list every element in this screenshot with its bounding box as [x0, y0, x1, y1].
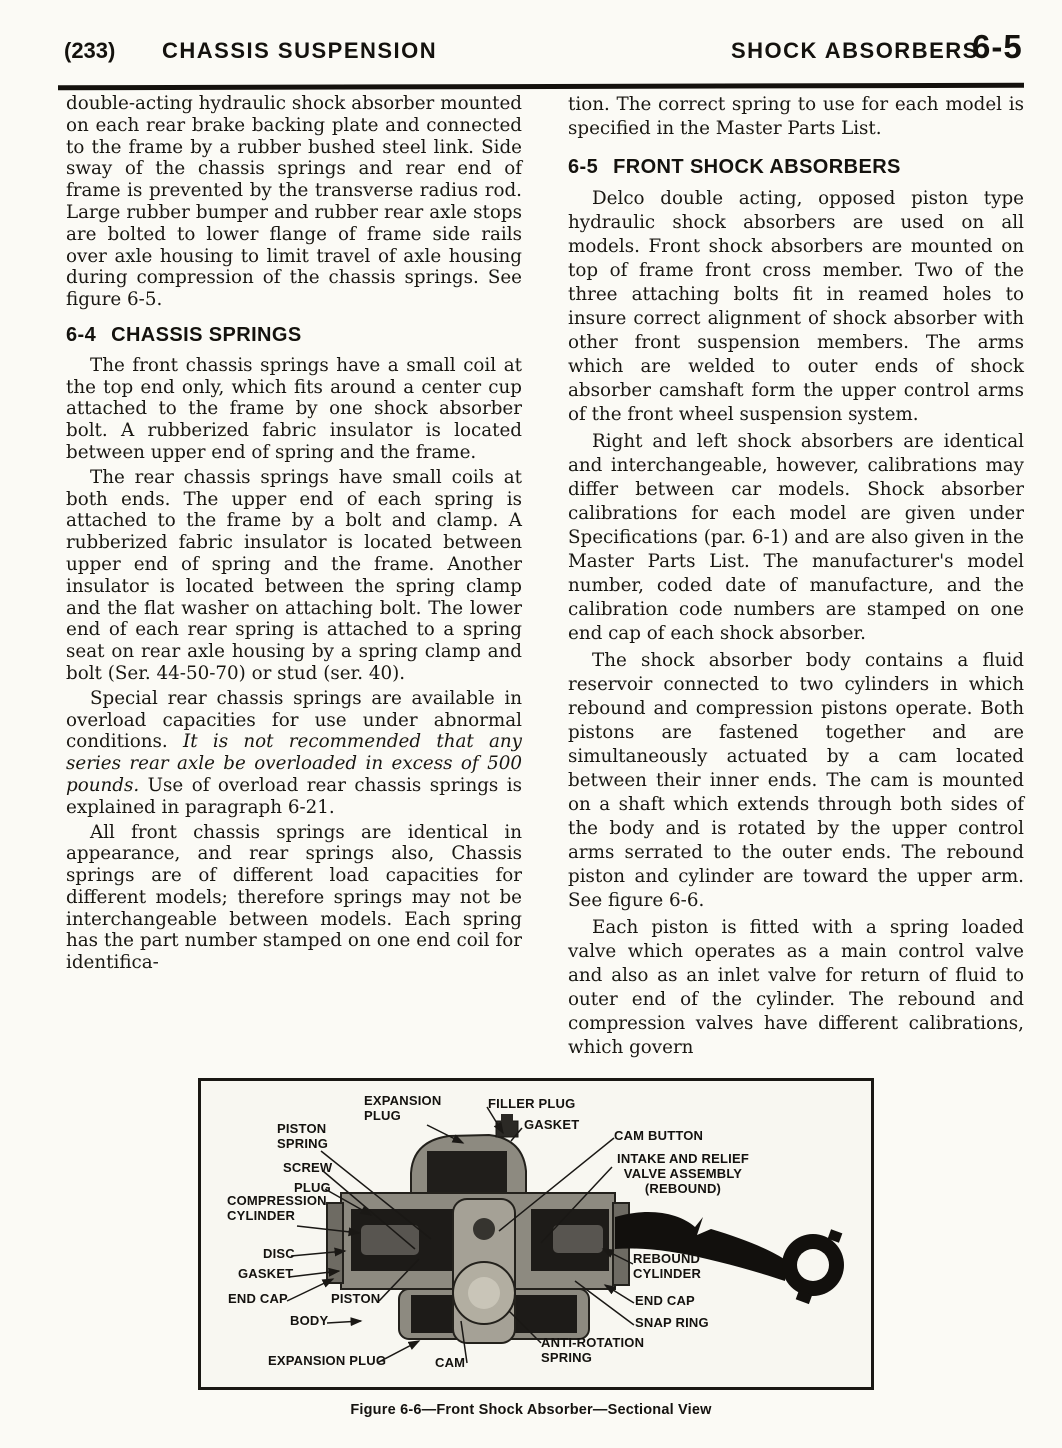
left-column: double-acting hydraulic shock absorber m…: [66, 93, 522, 977]
figure-label-piston-spring: PISTON SPRING: [277, 1121, 328, 1151]
reservoir-cavity: [427, 1151, 507, 1193]
figure-label-expansion-plug-top: EXPANSION PLUG: [364, 1093, 441, 1123]
figure-label-snap-ring: SNAP RING: [635, 1315, 709, 1330]
paragraph-continuation: tion. The correct spring to use for each…: [568, 93, 1024, 141]
figure-label-end-cap-left: END CAP: [228, 1291, 288, 1306]
paragraph: Delco double acting, opposed piston type…: [568, 187, 1024, 427]
figure-label-piston: PISTON: [331, 1291, 380, 1306]
figure-label-filler-plug: FILLER PLUG: [488, 1096, 575, 1111]
paragraph: Special rear chassis springs are availab…: [66, 688, 522, 819]
paragraph: Each piston is fitted with a spring load…: [568, 916, 1024, 1060]
manual-page: (233) CHASSIS SUSPENSION SHOCK ABSORBERS…: [0, 0, 1062, 1448]
filler-plug-cap: [501, 1114, 513, 1122]
section-number: 6-4: [66, 324, 96, 346]
paragraph: The rear chassis springs have small coil…: [66, 467, 522, 685]
right-column: tion. The correct spring to use for each…: [568, 93, 1024, 1063]
figure-6-6: EXPANSION PLUG FILLER PLUG GASKET CAM BU…: [198, 1078, 874, 1390]
cam-hub: [468, 1277, 500, 1309]
figure-label-rebound-cylinder: REBOUND CYLINDER: [633, 1251, 701, 1281]
paragraph: The front chassis springs have a small c…: [66, 355, 522, 464]
figure-label-gasket-top: GASKET: [524, 1117, 579, 1132]
figure-label-intake-relief-valve: INTAKE AND RELIEF VALVE ASSEMBLY (REBOUN…: [607, 1151, 759, 1196]
header-title-right: SHOCK ABSORBERS: [731, 38, 979, 64]
figure-label-body: BODY: [290, 1313, 328, 1328]
page-number-right: 6-5: [972, 28, 1023, 66]
figure-label-cam-button: CAM BUTTON: [614, 1128, 703, 1143]
control-arm-eye-hole: [797, 1249, 829, 1281]
section-heading-6-5: 6-5FRONT SHOCK ABSORBERS: [568, 155, 1024, 179]
filler-plug-part: [496, 1121, 518, 1137]
section-number: 6-5: [568, 156, 598, 178]
header-title-left: CHASSIS SUSPENSION: [162, 38, 437, 64]
figure-label-end-cap-right: END CAP: [635, 1293, 695, 1308]
figure-label-cam: CAM: [435, 1355, 465, 1370]
cam-button-part: [473, 1218, 495, 1240]
figure-label-gasket-left: GASKET: [238, 1266, 293, 1281]
paragraph: Right and left shock absorbers are ident…: [568, 430, 1024, 646]
page-number-left: (233): [64, 38, 115, 64]
figure-label-screw: SCREW: [283, 1160, 332, 1175]
rebound-piston: [553, 1225, 603, 1253]
figure-label-disc: DISC: [263, 1246, 295, 1261]
figure-label-anti-rotation-spring: ANTI-ROTATION SPRING: [541, 1335, 644, 1365]
shock-absorber-sectional-drawing: [327, 1114, 844, 1343]
figure-label-expansion-plug-bottom: EXPANSION PLUG: [268, 1353, 386, 1368]
figure-caption: Figure 6-6—Front Shock Absorber—Sectiona…: [0, 1402, 1062, 1418]
header-rule: [58, 83, 1024, 91]
compression-piston: [361, 1225, 419, 1255]
paragraph-continuation: double-acting hydraulic shock absorber m…: [66, 93, 522, 311]
paragraph: The shock absorber body contains a fluid…: [568, 649, 1024, 913]
section-title: FRONT SHOCK ABSORBERS: [613, 156, 901, 178]
section-heading-6-4: 6-4CHASSIS SPRINGS: [66, 325, 522, 347]
figure-label-compression-cylinder: COMPRESSION CYLINDER: [227, 1193, 327, 1223]
section-title: CHASSIS SPRINGS: [111, 324, 301, 346]
paragraph: All front chassis springs are identical …: [66, 822, 522, 975]
